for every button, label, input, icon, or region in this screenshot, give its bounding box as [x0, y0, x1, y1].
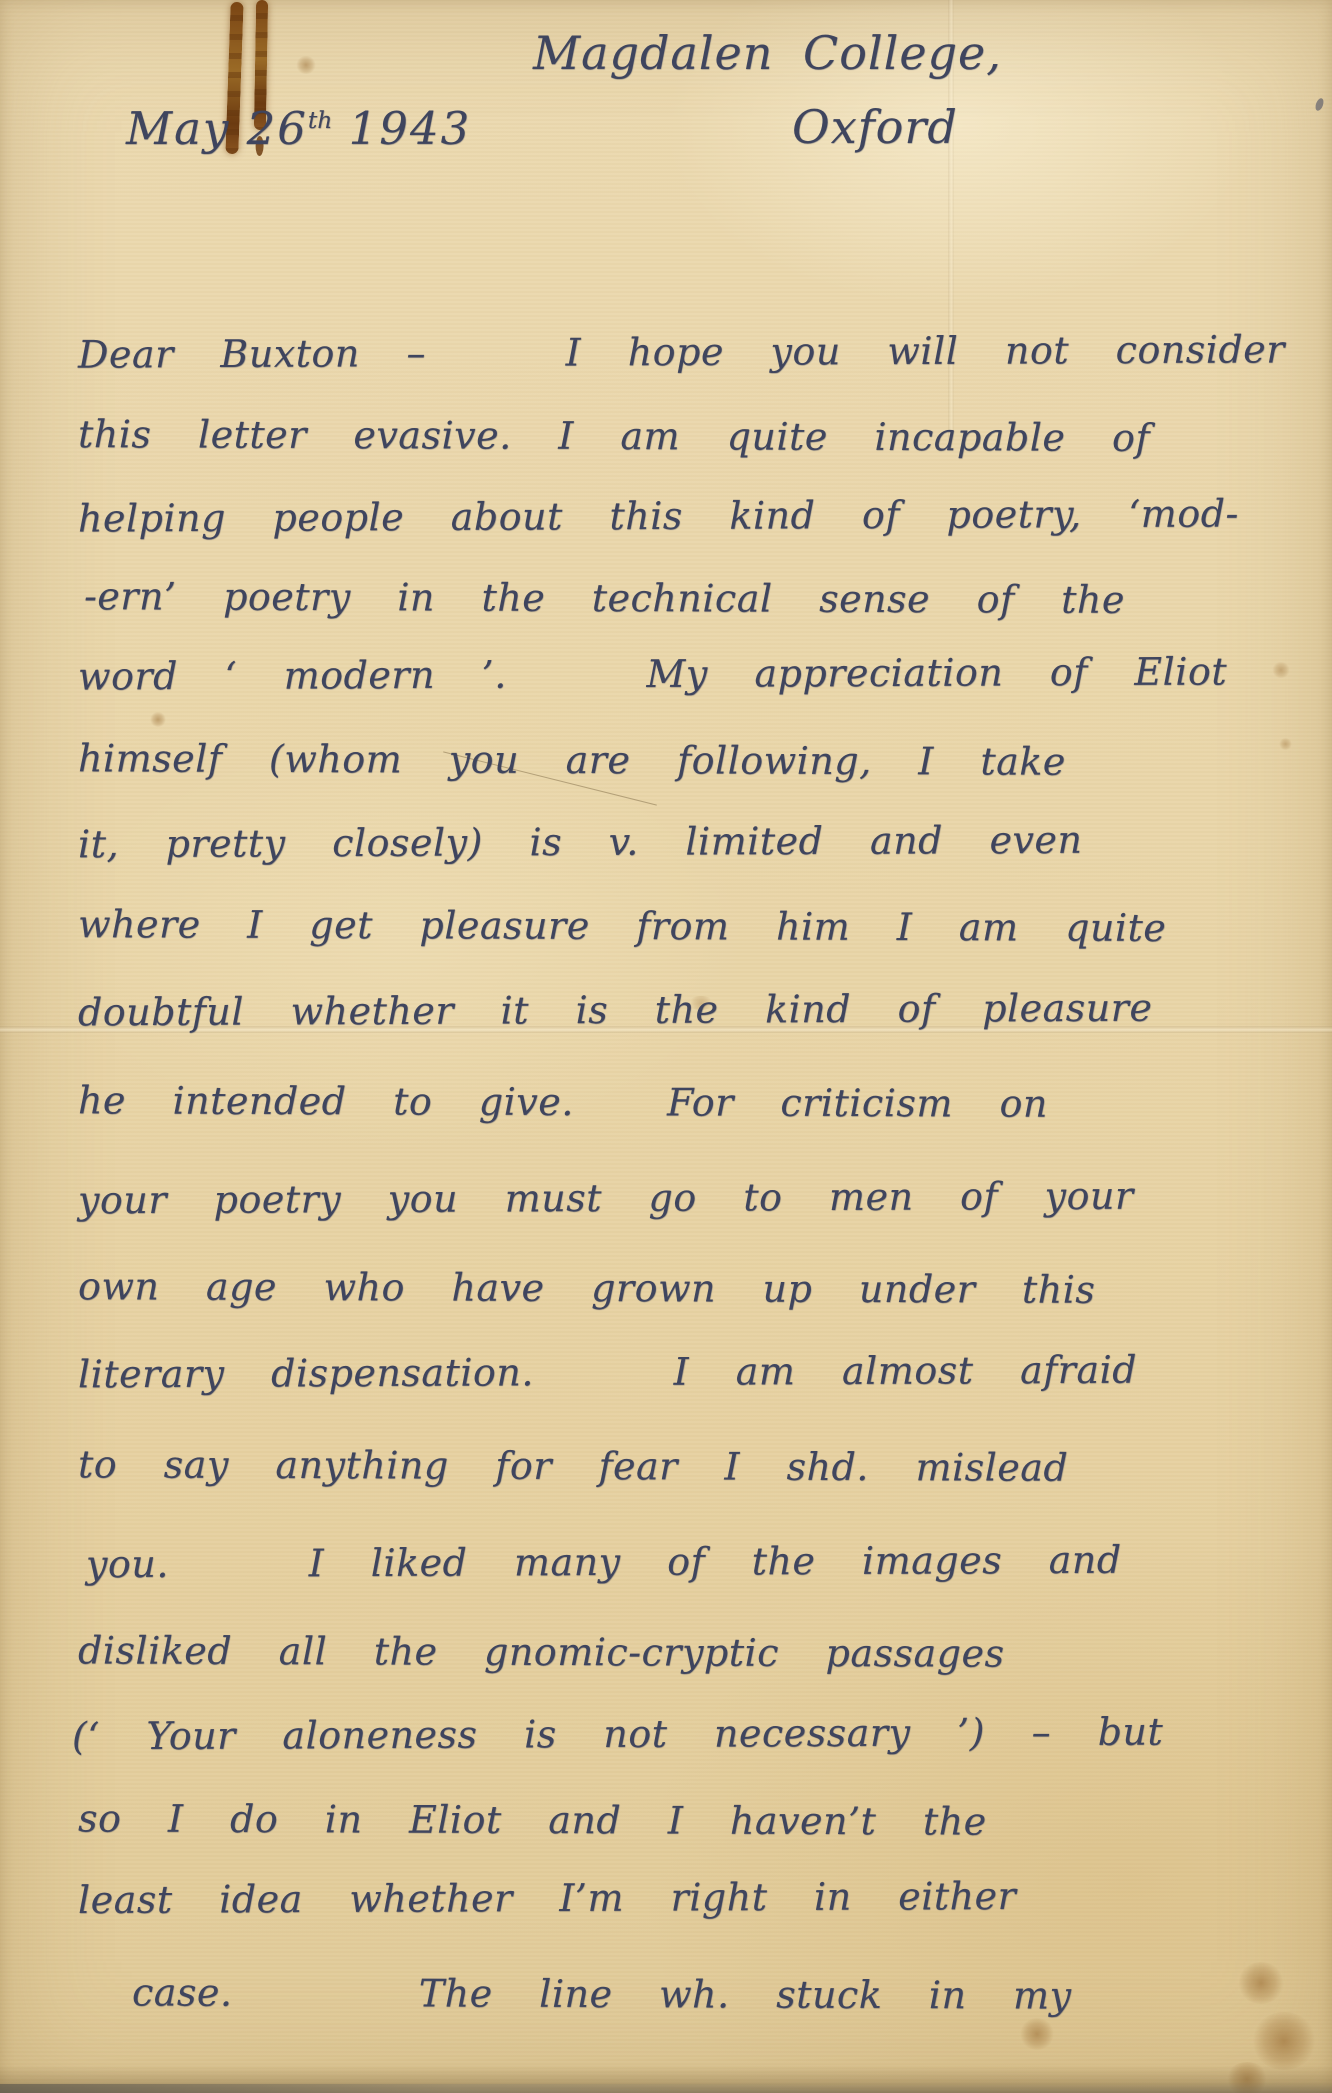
body-line: it, pretty closely) is v. limited and ev…	[78, 818, 1083, 866]
foxing-spot	[1279, 738, 1292, 750]
ink-speck	[1314, 97, 1325, 112]
body-line: case. The line wh. stuck in my	[132, 1970, 1072, 2017]
body-line: your poetry you must go to men of your	[78, 1174, 1134, 1223]
sender-address-college: Magdalen College,	[533, 26, 1002, 80]
body-line: (‘ Your aloneness is not necessary ’) – …	[72, 1710, 1163, 1759]
sender-address-city: Oxford	[792, 100, 958, 154]
foxing-spot	[1272, 662, 1290, 678]
foxing-spot	[1252, 2012, 1316, 2070]
body-line: own age who have grown up under this	[78, 1264, 1096, 1312]
body-line: helping people about this kind of poetry…	[78, 491, 1239, 540]
date-day: May 26	[126, 102, 308, 155]
body-line: literary dispensation. I am almost afrai…	[78, 1348, 1137, 1397]
body-line: word ‘ modern ’. My appreciation of Elio…	[78, 649, 1227, 698]
body-line: doubtful whether it is the kind of pleas…	[78, 986, 1153, 1035]
foxing-spot	[1238, 1962, 1284, 2004]
date-ordinal: th	[308, 106, 332, 134]
body-line: -ern’ poetry in the technical sense of t…	[84, 574, 1125, 622]
letter-scan: Magdalen College, Oxford May 26th 1943 D…	[0, 0, 1332, 2093]
date-year: 1943	[332, 102, 471, 155]
body-line: where I get pleasure from him I am quite	[78, 902, 1166, 950]
body-line: he intended to give. For criticism on	[78, 1078, 1048, 1125]
body-line: this letter evasive. I am quite incapabl…	[78, 412, 1150, 460]
body-line: so I do in Eliot and I haven’t the	[78, 1796, 987, 1843]
letter-date: May 26th 1943	[126, 102, 471, 155]
foxing-spot	[150, 712, 166, 727]
foxing-spot	[296, 56, 316, 74]
body-line: Dear Buxton – I hope you will not consid…	[78, 327, 1285, 376]
paper-bottom-edge	[0, 2084, 826, 2093]
body-line: disliked all the gnomic-cryptic passages	[78, 1628, 1005, 1675]
body-line: you. I liked many of the images and	[86, 1538, 1122, 1587]
body-line: to say anything for fear I shd. mislead	[78, 1442, 1068, 1489]
body-line: least idea whether I’m right in either	[78, 1874, 1016, 1922]
body-line: himself (whom you are following, I take	[78, 736, 1066, 783]
foxing-spot	[1020, 2018, 1054, 2050]
